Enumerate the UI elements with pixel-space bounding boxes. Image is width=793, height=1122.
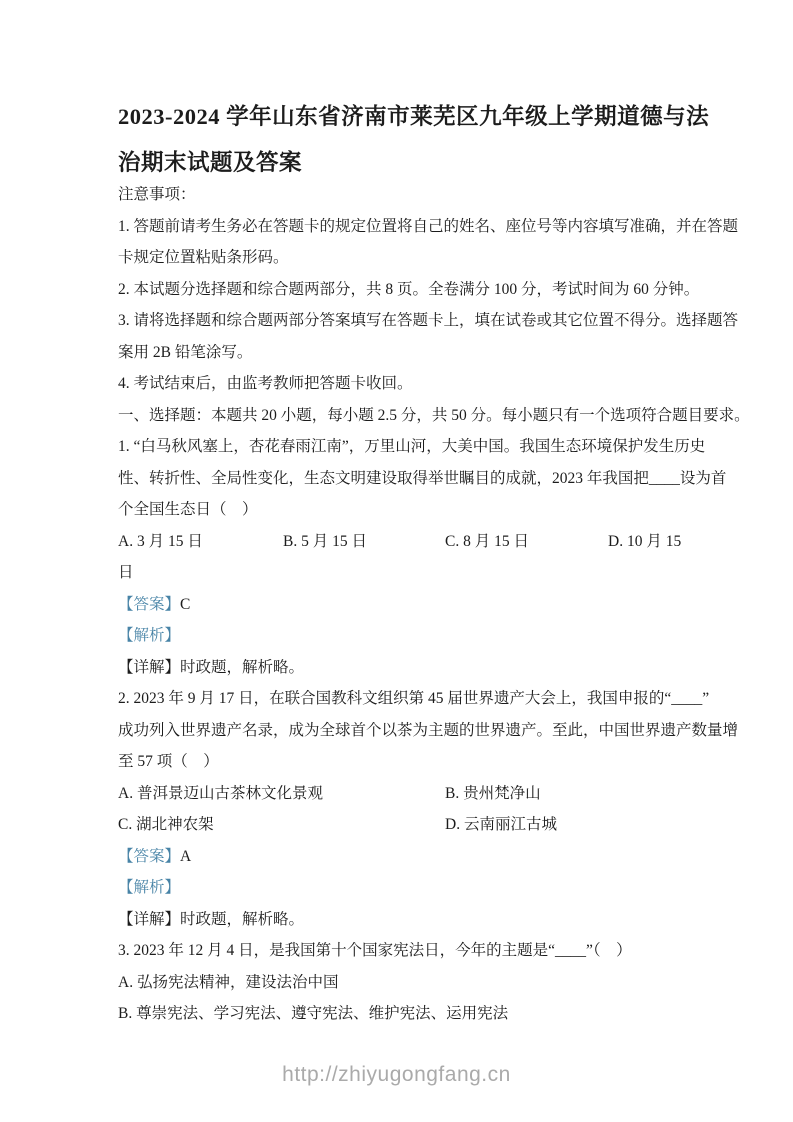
question-1-options-row: A. 3 月 15 日 B. 5 月 15 日 C. 8 月 15 日 D. 1… <box>118 526 680 558</box>
notice-item-4: 4. 考试结束后，由监考教师把答题卡收回。 <box>118 368 680 400</box>
notice-item-1-line-2: 卡规定位置粘贴条形码。 <box>118 242 680 274</box>
question-2-stem-line-3: 至 57 项（ ） <box>118 746 680 778</box>
document-page: 2023-2024 学年山东省济南市莱芜区九年级上学期道德与法 治期末试题及答案… <box>0 0 793 1122</box>
question-2-stem-line-1: 2. 2023 年 9 月 17 日，在联合国教科文组织第 45 届世界遗产大会… <box>118 683 680 715</box>
question-3-stem: 3. 2023 年 12 月 4 日，是我国第十个国家宪法日，今年的主题是“__… <box>118 935 680 967</box>
question-1-explanation: 【详解】时政题，解析略。 <box>118 652 680 684</box>
question-1-stem-line-3: 个全国生态日（ ） <box>118 494 680 526</box>
question-1-stem-line-2: 性、转折性、全局性变化，生态文明建设取得举世瞩目的成就，2023 年我国把___… <box>118 463 680 495</box>
question-2-option-c: C. 湖北神农架 <box>118 809 214 841</box>
document-title-line-1: 2023-2024 学年山东省济南市莱芜区九年级上学期道德与法 <box>118 94 680 140</box>
question-2-options-row-2: C. 湖北神农架 D. 云南丽江古城 <box>118 809 680 841</box>
notice-item-3-line-2: 案用 2B 铅笔涂写。 <box>118 337 680 369</box>
question-1-answer-row: 【答案】C <box>118 589 680 621</box>
question-2-answer-row: 【答案】A <box>118 841 680 873</box>
notice-heading: 注意事项： <box>118 179 680 211</box>
question-2-option-b: B. 贵州梵净山 <box>445 778 541 810</box>
question-1-answer-label: 【答案】 <box>118 596 180 613</box>
question-1-analysis-label: 【解析】 <box>118 620 680 652</box>
question-2-analysis-label: 【解析】 <box>118 872 680 904</box>
question-3-option-b: B. 尊崇宪法、学习宪法、遵守宪法、维护宪法、运用宪法 <box>118 998 680 1030</box>
watermark-url: http://zhiyugongfang.cn <box>0 1063 793 1087</box>
notice-item-1-line-1: 1. 答题前请考生务必在答题卡的规定位置将自己的姓名、座位号等内容填写准确，并在… <box>118 211 680 243</box>
document-title: 2023-2024 学年山东省济南市莱芜区九年级上学期道德与法 治期末试题及答案 <box>118 94 680 186</box>
question-1-option-d-wrap: 日 <box>118 557 680 589</box>
question-2-explanation: 【详解】时政题，解析略。 <box>118 904 680 936</box>
section-1-heading: 一、选择题：本题共 20 小题，每小题 2.5 分，共 50 分。每小题只有一个… <box>118 400 680 432</box>
document-body: 注意事项： 1. 答题前请考生务必在答题卡的规定位置将自己的姓名、座位号等内容填… <box>118 179 680 1030</box>
question-1-option-d: D. 10 月 15 <box>608 526 681 558</box>
question-2-answer-value: A <box>180 848 191 865</box>
question-2-stem-line-2: 成功列入世界遗产名录，成为全球首个以茶为主题的世界遗产。至此，中国世界遗产数量增 <box>118 715 680 747</box>
notice-item-2: 2. 本试题分选择题和综合题两部分，共 8 页。全卷满分 100 分，考试时间为… <box>118 274 680 306</box>
question-2-option-a: A. 普洱景迈山古茶林文化景观 <box>118 778 323 810</box>
question-2-option-d: D. 云南丽江古城 <box>445 809 557 841</box>
notice-item-3-line-1: 3. 请将选择题和综合题两部分答案填写在答题卡上，填在试卷或其它位置不得分。选择… <box>118 305 680 337</box>
question-1-option-c: C. 8 月 15 日 <box>445 526 529 558</box>
question-3-option-a: A. 弘扬宪法精神，建设法治中国 <box>118 967 680 999</box>
question-1-stem-line-1: 1. “白马秋风塞上，杏花春雨江南”，万里山河，大美中国。我国生态环境保护发生历… <box>118 431 680 463</box>
question-1-answer-value: C <box>180 596 190 613</box>
question-1-option-b: B. 5 月 15 日 <box>283 526 367 558</box>
question-2-options-row-1: A. 普洱景迈山古茶林文化景观 B. 贵州梵净山 <box>118 778 680 810</box>
question-2-answer-label: 【答案】 <box>118 848 180 865</box>
question-1-option-a: A. 3 月 15 日 <box>118 526 203 558</box>
